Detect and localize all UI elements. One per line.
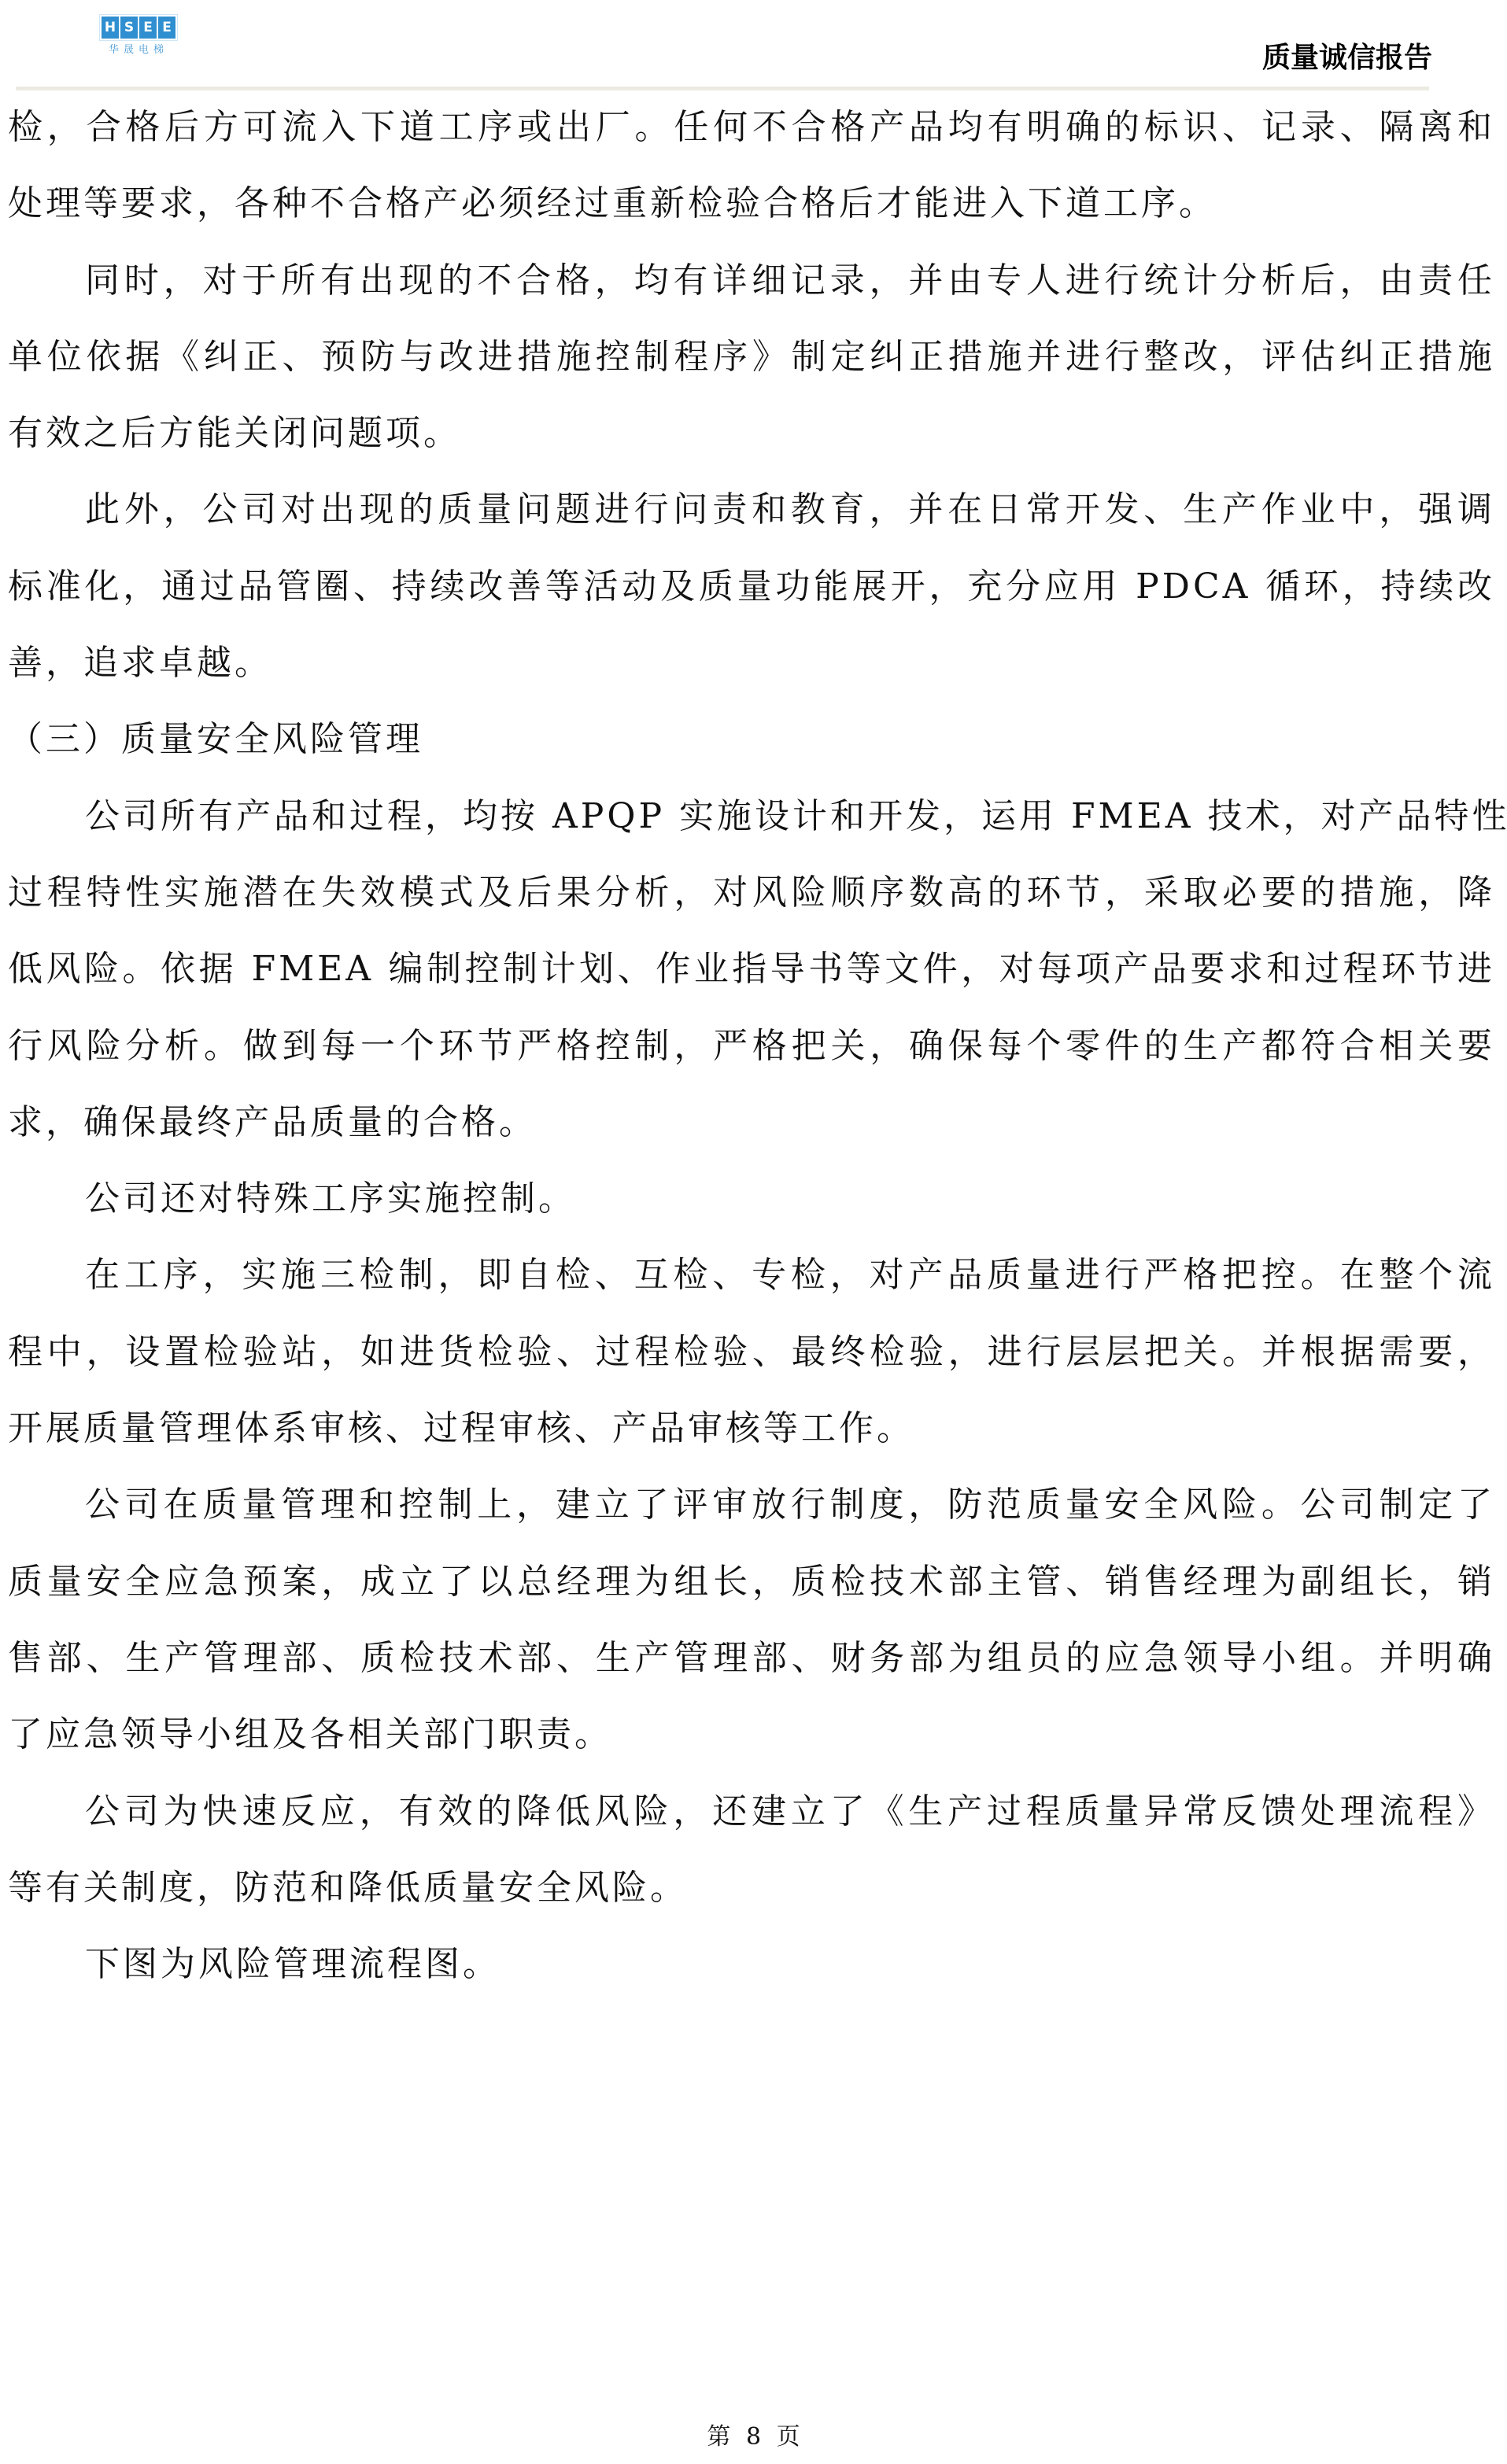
body-text-line: 公司还对特殊工序实施控制。 [8, 1174, 1495, 1250]
body-text-line: 公司所有产品和过程，均按 APQP 实施设计和开发，运用 FMEA 技术，对产品… [8, 791, 1495, 868]
logo-letter: H [102, 17, 119, 39]
logo-mark: H S E E [99, 14, 178, 41]
section-heading: （三）质量安全风险管理 [8, 714, 1495, 791]
body-text-line: 过程特性实施潜在失效模式及后果分析，对风险顺序数高的环节，采取必要的措施，降 [8, 868, 1495, 944]
page-header: H S E E 华晟电梯 质量诚信报告 [0, 0, 1507, 94]
body-text-line: 售部、生产管理部、质检技术部、生产管理部、财务部为组员的应急领导小组。并明确 [8, 1633, 1495, 1710]
body-text-line: 处理等要求，各种不合格产必须经过重新检验合格后才能进入下道工序。 [8, 179, 1495, 255]
body-text-line: 公司在质量管理和控制上，建立了评审放行制度，防范质量安全风险。公司制定了 [8, 1480, 1495, 1556]
body-text-line: 善，追求卓越。 [8, 638, 1495, 714]
body-text-line: 有效之后方能关闭问题项。 [8, 408, 1495, 485]
body-text-line: 下图为风险管理流程图。 [8, 1939, 1495, 2016]
body-text-line: 开展质量管理体系审核、过程审核、产品审核等工作。 [8, 1404, 1495, 1480]
body-text-line: 检，合格后方可流入下道工序或出厂。任何不合格产品均有明确的标识、记录、隔离和 [8, 102, 1495, 179]
body-text-line: 此外，公司对出现的质量问题进行问责和教育，并在日常开发、生产作业中，强调 [8, 485, 1495, 561]
body-text-line: 行风险分析。做到每一个环节严格控制，严格把关，确保每个零件的生产都符合相关要 [8, 1021, 1495, 1097]
document-body: 检，合格后方可流入下道工序或出厂。任何不合格产品均有明确的标识、记录、隔离和处理… [8, 102, 1495, 2016]
company-logo: H S E E 华晟电梯 [99, 14, 186, 57]
body-text-line: 标准化，通过品管圈、持续改善等活动及质量功能展开，充分应用 PDCA 循环，持续… [8, 562, 1495, 638]
body-text-line: 低风险。依据 FMEA 编制控制计划、作业指导书等文件，对每项产品要求和过程环节… [8, 944, 1495, 1020]
body-text-line: 质量安全应急预案，成立了以总经理为组长，质检技术部主管、销售经理为副组长，销 [8, 1557, 1495, 1633]
document-title: 质量诚信报告 [1262, 41, 1432, 76]
body-text-line: 了应急领导小组及各相关部门职责。 [8, 1710, 1495, 1786]
body-text-line: 公司为快速反应，有效的降低风险，还建立了《生产过程质量异常反馈处理流程》 [8, 1787, 1495, 1863]
page-number: 第 8 页 [0, 2423, 1507, 2451]
logo-letter: S [120, 17, 138, 39]
body-text-line: 求，确保最终产品质量的合格。 [8, 1097, 1495, 1174]
logo-letter: E [139, 17, 157, 39]
logo-subtitle: 华晟电梯 [99, 44, 178, 57]
header-divider [16, 87, 1429, 90]
body-text-line: 单位依据《纠正、预防与改进措施控制程序》制定纠正措施并进行整改，评估纠正措施 [8, 332, 1495, 408]
body-text-line: 等有关制度，防范和降低质量安全风险。 [8, 1863, 1495, 1939]
body-text-line: 同时，对于所有出现的不合格，均有详细记录，并由专人进行统计分析后，由责任 [8, 256, 1495, 332]
body-text-line: 在工序，实施三检制，即自检、互检、专检，对产品质量进行严格把控。在整个流 [8, 1250, 1495, 1326]
logo-letter: E [158, 17, 175, 39]
body-text-line: 程中，设置检验站，如进货检验、过程检验、最终检验，进行层层把关。并根据需要， [8, 1327, 1495, 1404]
